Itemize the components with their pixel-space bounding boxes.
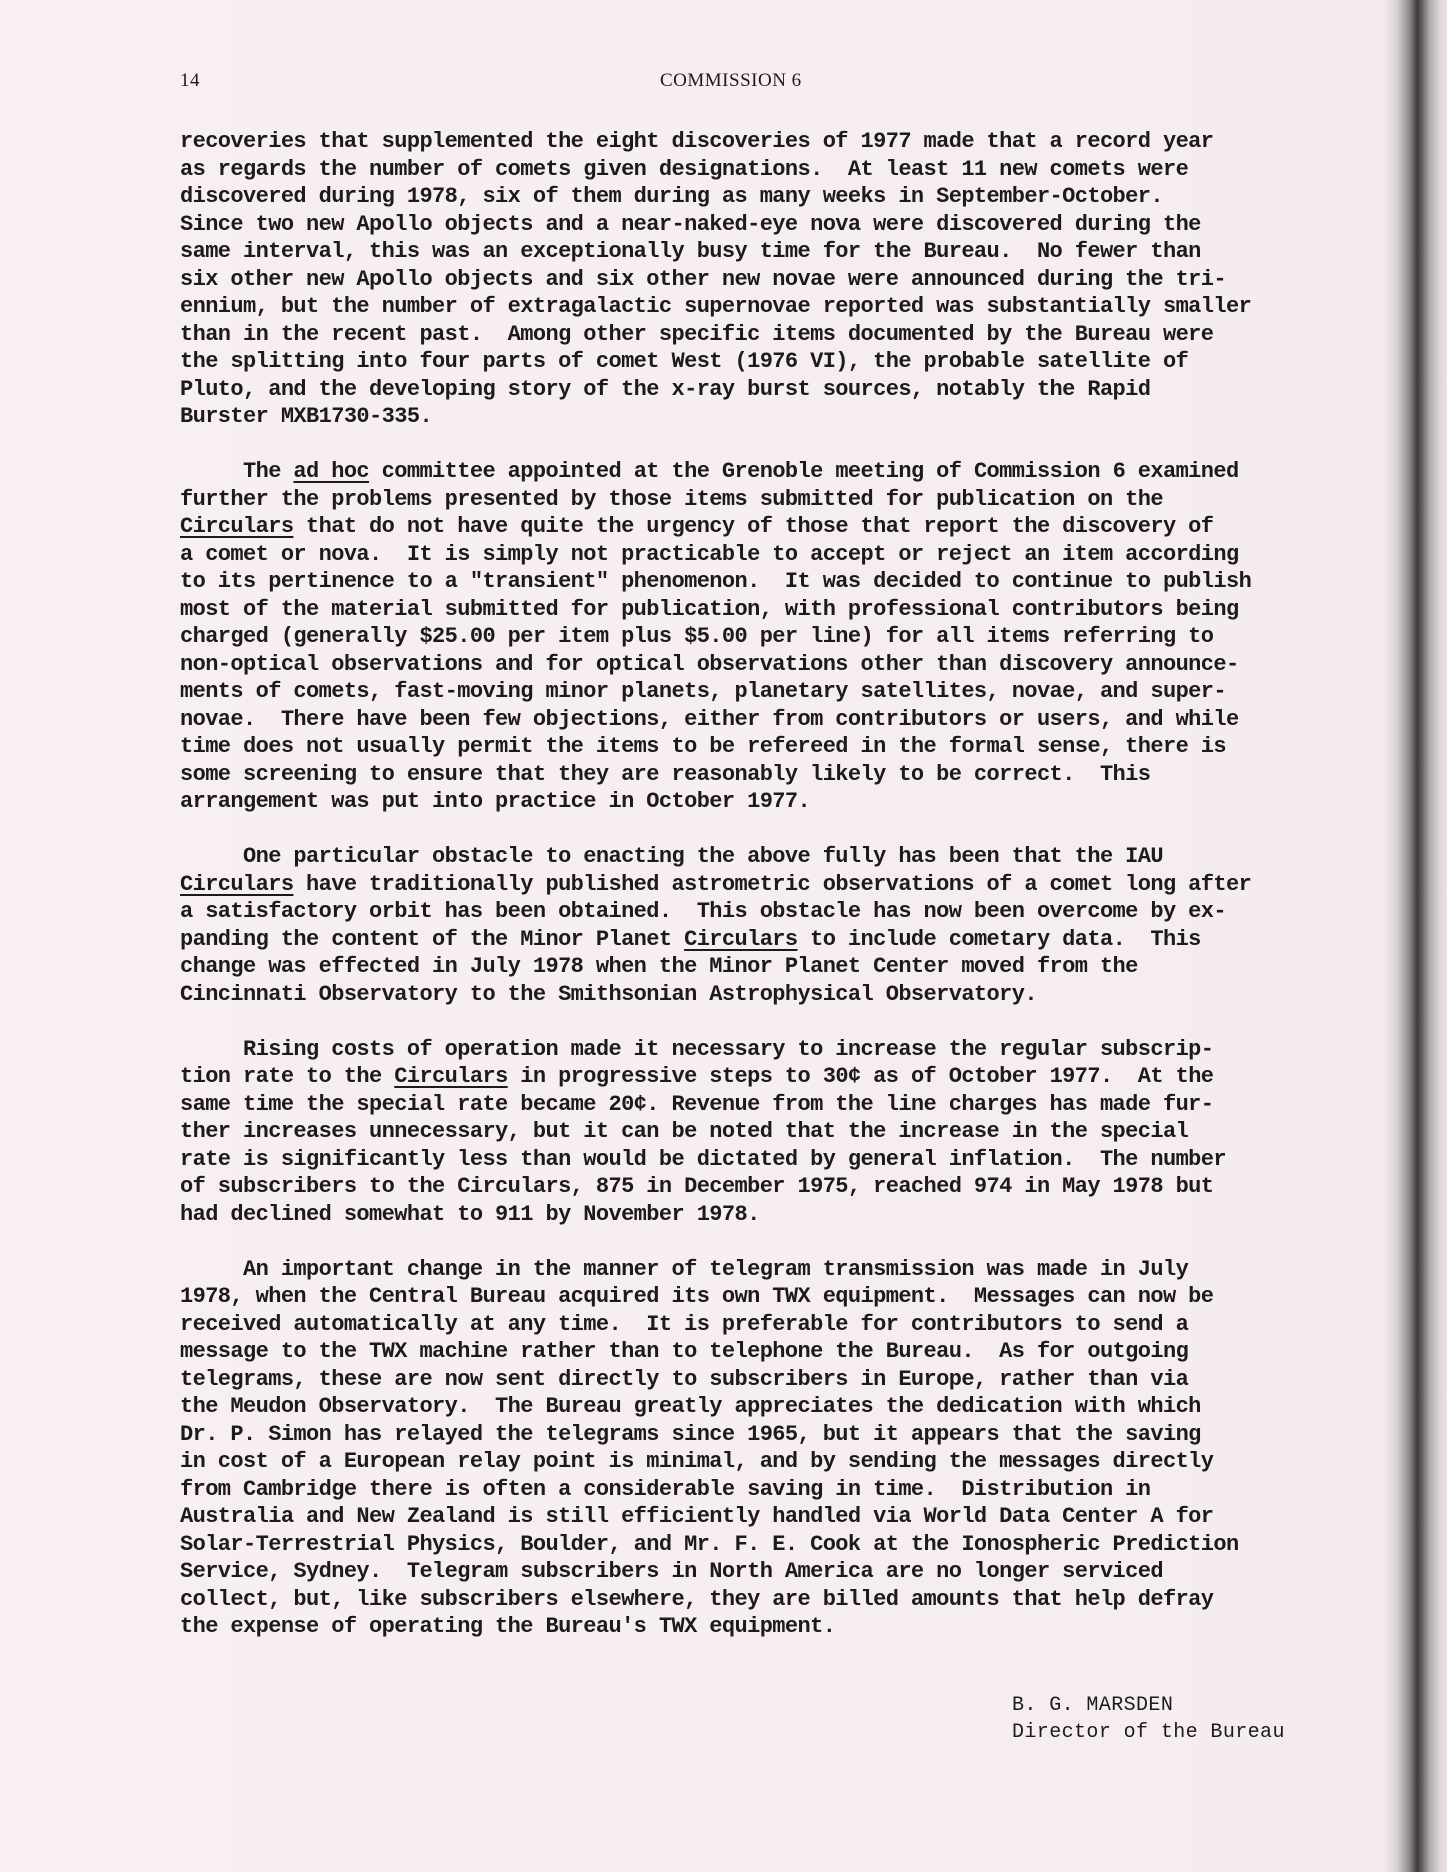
text-line: Burster MXB1730-335.	[180, 403, 1360, 431]
page-number: 14	[180, 70, 200, 92]
text-line: collect, but, like subscribers elsewhere…	[180, 1586, 1360, 1614]
text-line: 1978, when the Central Bureau acquired i…	[180, 1283, 1360, 1311]
text-line: Circulars that do not have quite the urg…	[180, 513, 1360, 541]
text-line: tion rate to the Circulars in progressiv…	[180, 1063, 1360, 1091]
text-line: Since two new Apollo objects and a near-…	[180, 211, 1360, 239]
text-line: recoveries that supplemented the eight d…	[180, 128, 1360, 156]
text-line: Rising costs of operation made it necess…	[180, 1036, 1360, 1064]
paragraph-gap	[180, 1008, 1360, 1036]
running-title: COMMISSION 6	[660, 70, 802, 92]
paragraph: The ad hoc committee appointed at the Gr…	[180, 458, 1360, 816]
text-line: some screening to ensure that they are r…	[180, 761, 1360, 789]
text-line: ther increases unnecessary, but it can b…	[180, 1118, 1360, 1146]
text-line: most of the material submitted for publi…	[180, 596, 1360, 624]
underlined-term: Circulars	[684, 927, 797, 952]
text-line: ments of comets, fast-moving minor plane…	[180, 678, 1360, 706]
text-line: Service, Sydney. Telegram subscribers in…	[180, 1558, 1360, 1586]
underlined-term: ad hoc	[293, 459, 369, 484]
text-line: Solar-Terrestrial Physics, Boulder, and …	[180, 1531, 1360, 1559]
text-line: rate is significantly less than would be…	[180, 1146, 1360, 1174]
text-line: had declined somewhat to 911 by November…	[180, 1201, 1360, 1229]
body-text: recoveries that supplemented the eight d…	[180, 128, 1360, 1641]
text-line: non-optical observations and for optical…	[180, 651, 1360, 679]
text-line: further the problems presented by those …	[180, 486, 1360, 514]
paragraph-gap	[180, 816, 1360, 844]
text-line: novae. There have been few objections, e…	[180, 706, 1360, 734]
text-line: to its pertinence to a "transient" pheno…	[180, 568, 1360, 596]
signature-block: B. G. MARSDEN Director of the Bureau	[1012, 1692, 1285, 1746]
text-line: The ad hoc committee appointed at the Gr…	[180, 458, 1360, 486]
underlined-term: Circulars	[180, 872, 293, 897]
book-binding-shadow	[1385, 0, 1447, 1872]
text-line: Dr. P. Simon has relayed the telegrams s…	[180, 1421, 1360, 1449]
text-line: time does not usually permit the items t…	[180, 733, 1360, 761]
text-line: than in the recent past. Among other spe…	[180, 321, 1360, 349]
text-line: Cincinnati Observatory to the Smithsonia…	[180, 981, 1360, 1009]
text-line: a satisfactory orbit has been obtained. …	[180, 898, 1360, 926]
text-line: One particular obstacle to enacting the …	[180, 843, 1360, 871]
text-line: the Meudon Observatory. The Bureau great…	[180, 1393, 1360, 1421]
text-line: the expense of operating the Bureau's TW…	[180, 1613, 1360, 1641]
text-line: from Cambridge there is often a consider…	[180, 1476, 1360, 1504]
text-line: Circulars have traditionally published a…	[180, 871, 1360, 899]
text-line: same interval, this was an exceptionally…	[180, 238, 1360, 266]
text-line: ennium, but the number of extragalactic …	[180, 293, 1360, 321]
text-line: Pluto, and the developing story of the x…	[180, 376, 1360, 404]
text-line: a comet or nova. It is simply not practi…	[180, 541, 1360, 569]
text-line: discovered during 1978, six of them duri…	[180, 183, 1360, 211]
text-line: received automatically at any time. It i…	[180, 1311, 1360, 1339]
underlined-term: Circulars	[180, 514, 293, 539]
text-line: as regards the number of comets given de…	[180, 156, 1360, 184]
text-line: change was effected in July 1978 when th…	[180, 953, 1360, 981]
signatory-name: B. G. MARSDEN	[1012, 1692, 1285, 1719]
paragraph: Rising costs of operation made it necess…	[180, 1036, 1360, 1229]
page-header: 14 COMMISSION 6	[180, 70, 1320, 100]
text-line: message to the TWX machine rather than t…	[180, 1338, 1360, 1366]
text-line: telegrams, these are now sent directly t…	[180, 1366, 1360, 1394]
paragraph-gap	[180, 1228, 1360, 1256]
text-line: in cost of a European relay point is min…	[180, 1448, 1360, 1476]
paragraph: An important change in the manner of tel…	[180, 1256, 1360, 1641]
document-page: 14 COMMISSION 6 recoveries that suppleme…	[0, 0, 1447, 1872]
text-line: same time the special rate became 20¢. R…	[180, 1091, 1360, 1119]
text-line: charged (generally $25.00 per item plus …	[180, 623, 1360, 651]
underlined-term: Circulars	[394, 1064, 507, 1089]
signatory-title: Director of the Bureau	[1012, 1719, 1285, 1746]
text-line: panding the content of the Minor Planet …	[180, 926, 1360, 954]
text-line: the splitting into four parts of comet W…	[180, 348, 1360, 376]
paragraph: recoveries that supplemented the eight d…	[180, 128, 1360, 431]
text-line: of subscribers to the Circulars, 875 in …	[180, 1173, 1360, 1201]
paragraph: One particular obstacle to enacting the …	[180, 843, 1360, 1008]
text-line: arrangement was put into practice in Oct…	[180, 788, 1360, 816]
text-line: An important change in the manner of tel…	[180, 1256, 1360, 1284]
text-line: six other new Apollo objects and six oth…	[180, 266, 1360, 294]
paragraph-gap	[180, 431, 1360, 459]
text-line: Australia and New Zealand is still effic…	[180, 1503, 1360, 1531]
